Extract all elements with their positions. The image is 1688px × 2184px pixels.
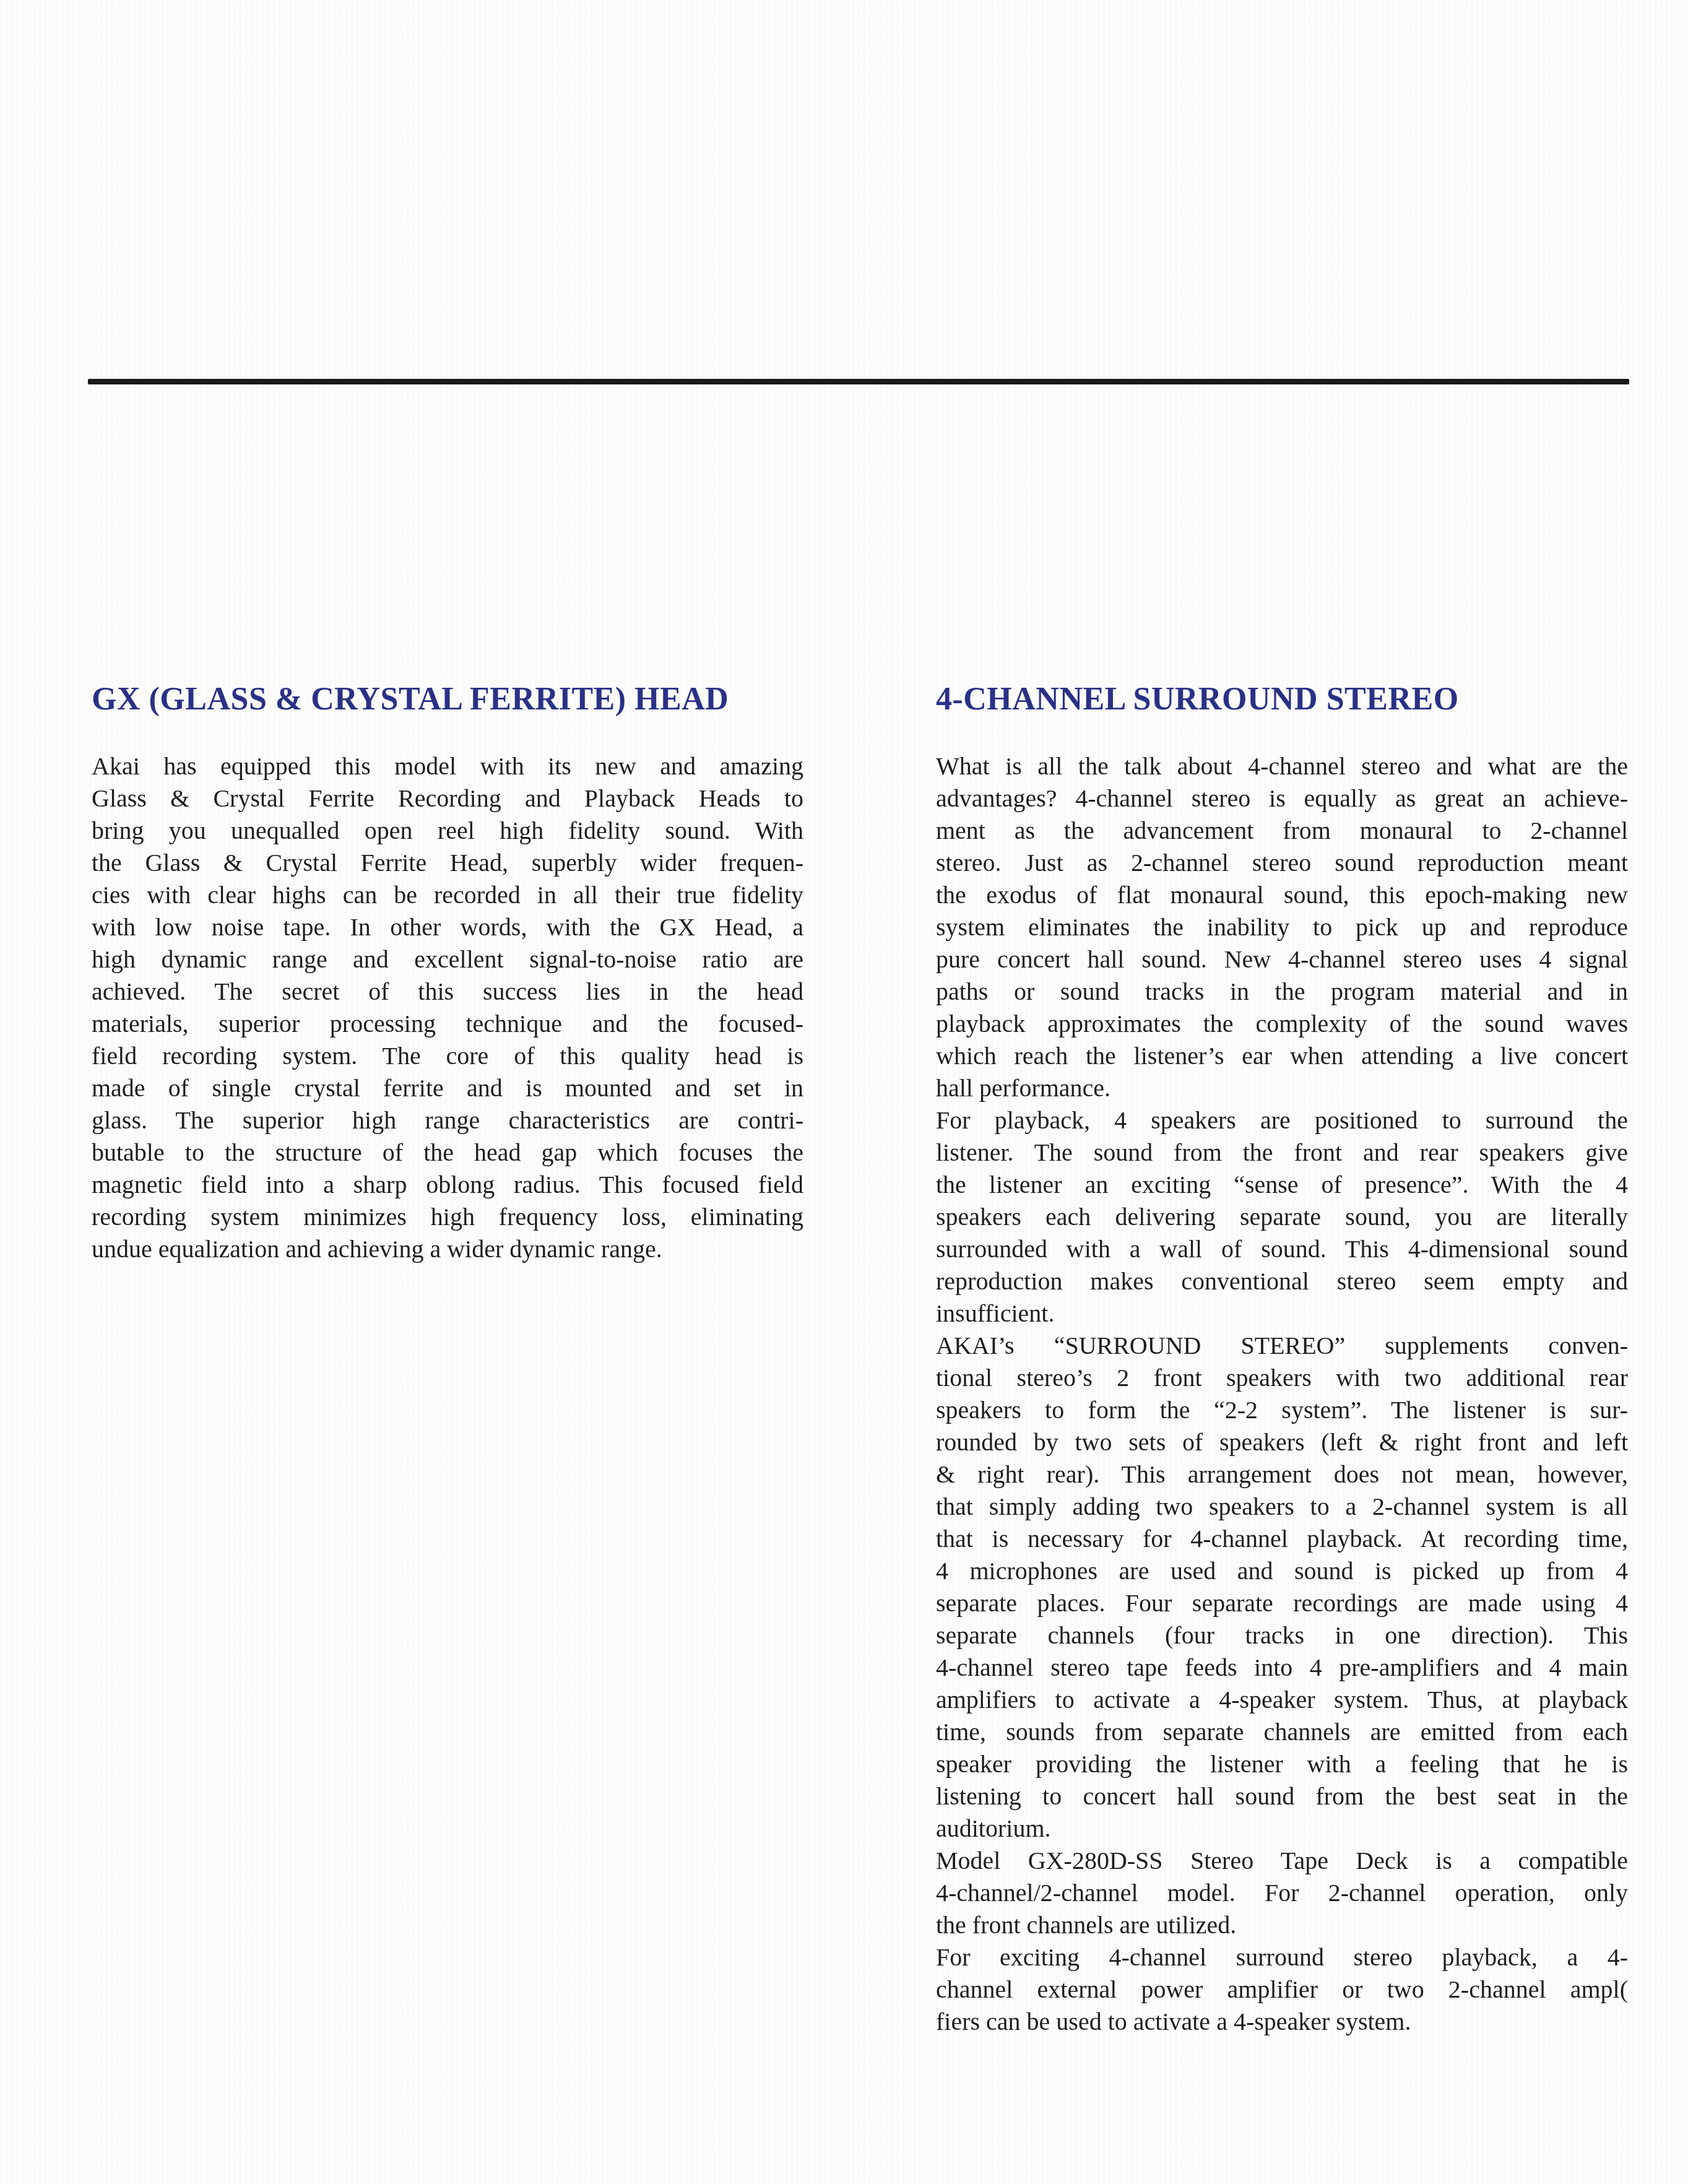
- text-line: & right rear). This arrangement does not…: [936, 1458, 1628, 1491]
- text-line: undue equalization and achieving a wider…: [92, 1233, 803, 1265]
- right-column: 4-CHANNEL SURROUND STEREO What is all th…: [936, 681, 1628, 2038]
- text-line: glass. The superior high range character…: [92, 1104, 803, 1137]
- text-line: amplifiers to activate a 4-speaker syste…: [936, 1684, 1628, 1716]
- text-line: system eliminates the inability to pick …: [936, 911, 1628, 943]
- text-line: separate channels (four tracks in one di…: [936, 1619, 1628, 1652]
- text-line: that is necessary for 4-channel playback…: [936, 1523, 1628, 1555]
- left-column-heading: GX (GLASS & CRYSTAL FERRITE) HEAD: [92, 681, 803, 718]
- text-line: the Glass & Crystal Ferrite Head, superb…: [92, 847, 803, 879]
- text-line: listening to concert hall sound from the…: [936, 1780, 1628, 1813]
- text-line: 4-channel/2-channel model. For 2-channel…: [936, 1877, 1628, 1909]
- right-column-heading: 4-CHANNEL SURROUND STEREO: [936, 681, 1628, 718]
- text-line: ment as the advancement from monaural to…: [936, 815, 1628, 847]
- text-line: fiers can be used to activate a 4-speake…: [936, 2006, 1628, 2038]
- text-line: the front channels are utilized.: [936, 1909, 1628, 1941]
- text-line: What is all the talk about 4-channel ste…: [936, 750, 1628, 782]
- text-line: field recording system. The core of this…: [92, 1040, 803, 1072]
- text-line: channel external power amplifier or two …: [936, 1974, 1628, 2006]
- text-line: bring you unequalled open reel high fide…: [92, 815, 803, 847]
- text-line: 4-channel stereo tape feeds into 4 pre-a…: [936, 1652, 1628, 1684]
- text-line: recording system minimizes high frequenc…: [92, 1201, 803, 1233]
- divider-rule: [88, 379, 1629, 384]
- text-line: butable to the structure of the head gap…: [92, 1137, 803, 1169]
- text-line: Akai has equipped this model with its ne…: [92, 750, 803, 782]
- text-line: cies with clear highs can be recorded in…: [92, 879, 803, 911]
- left-column-body: Akai has equipped this model with its ne…: [92, 750, 803, 1265]
- page: { "colors": { "page_background": "#fcfcf…: [0, 0, 1688, 2184]
- text-line: speakers each delivering separate sound,…: [936, 1201, 1628, 1233]
- left-column: GX (GLASS & CRYSTAL FERRITE) HEAD Akai h…: [92, 681, 803, 1265]
- text-line: that simply adding two speakers to a 2-c…: [936, 1491, 1628, 1523]
- text-line: with low noise tape. In other words, wit…: [92, 911, 803, 943]
- text-line: insufficient.: [936, 1298, 1628, 1330]
- text-line: magnetic field into a sharp oblong radiu…: [92, 1169, 803, 1201]
- text-line: surrounded with a wall of sound. This 4-…: [936, 1233, 1628, 1265]
- text-line: speakers to form the “2-2 system”. The l…: [936, 1394, 1628, 1426]
- text-line: paths or sound tracks in the program mat…: [936, 976, 1628, 1008]
- text-line: Glass & Crystal Ferrite Recording and Pl…: [92, 782, 803, 815]
- text-line: For exciting 4-channel surround stereo p…: [936, 1941, 1628, 1974]
- text-line: advantages? 4-channel stereo is equally …: [936, 782, 1628, 815]
- text-line: playback approximates the complexity of …: [936, 1008, 1628, 1040]
- text-line: reproduction makes conventional stereo s…: [936, 1265, 1628, 1298]
- text-line: hall performance.: [936, 1072, 1628, 1104]
- text-line: time, sounds from separate channels are …: [936, 1716, 1628, 1748]
- text-line: listener. The sound from the front and r…: [936, 1137, 1628, 1169]
- text-line: AKAI’s “SURROUND STEREO” supplements con…: [936, 1330, 1628, 1362]
- text-line: the listener an exciting “sense of prese…: [936, 1169, 1628, 1201]
- text-line: which reach the listener’s ear when atte…: [936, 1040, 1628, 1072]
- text-line: high dynamic range and excellent signal-…: [92, 943, 803, 976]
- text-line: Model GX-280D-SS Stereo Tape Deck is a c…: [936, 1845, 1628, 1877]
- text-line: tional stereo’s 2 front speakers with tw…: [936, 1362, 1628, 1394]
- text-line: made of single crystal ferrite and is mo…: [92, 1072, 803, 1104]
- text-line: separate places. Four separate recording…: [936, 1587, 1628, 1619]
- text-line: stereo. Just as 2-channel stereo sound r…: [936, 847, 1628, 879]
- right-column-body: What is all the talk about 4-channel ste…: [936, 750, 1628, 2038]
- text-line: rounded by two sets of speakers (left & …: [936, 1426, 1628, 1458]
- text-line: auditorium.: [936, 1813, 1628, 1845]
- text-line: 4 microphones are used and sound is pick…: [936, 1555, 1628, 1587]
- text-line: For playback, 4 speakers are positioned …: [936, 1104, 1628, 1137]
- text-line: speaker providing the listener with a fe…: [936, 1748, 1628, 1780]
- text-line: pure concert hall sound. New 4-channel s…: [936, 943, 1628, 976]
- text-line: the exodus of flat monaural sound, this …: [936, 879, 1628, 911]
- text-line: achieved. The secret of this success lie…: [92, 976, 803, 1008]
- text-line: materials, superior processing technique…: [92, 1008, 803, 1040]
